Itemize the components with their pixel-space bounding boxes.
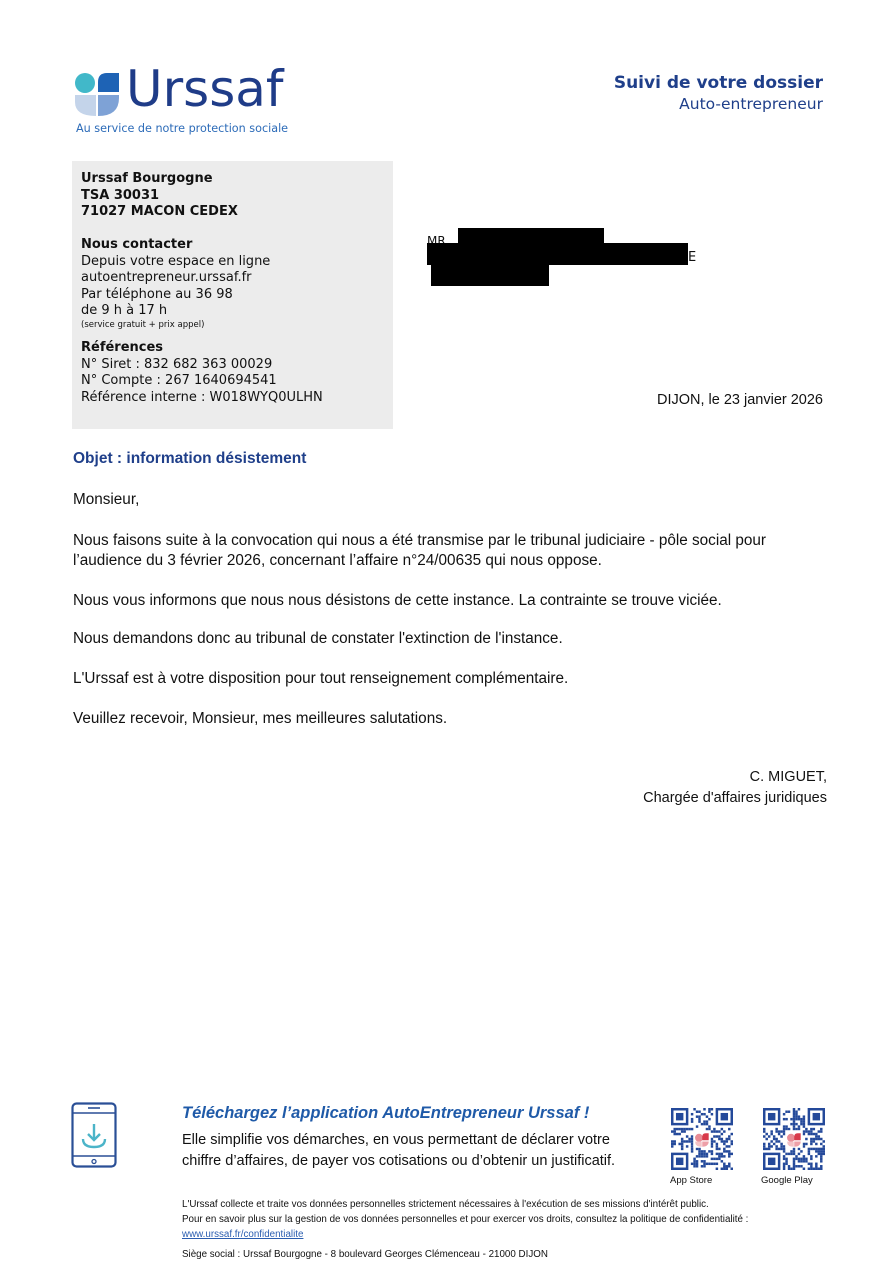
- letter-date: DIJON, le 23 janvier 2026: [657, 392, 823, 408]
- letter-paragraph: Veuillez recevoir, Monsieur, mes meilleu…: [73, 709, 447, 729]
- app-promo-desc-line1: Elle simplifie vos démarches, en vous pe…: [182, 1132, 610, 1148]
- qr-code-icon: [671, 1108, 733, 1170]
- phone-download-icon: [71, 1102, 117, 1168]
- letter-subject: Objet : information désistement: [73, 450, 306, 468]
- signature-title: Chargée d'affaires juridiques: [643, 790, 827, 806]
- signature-name: C. MIGUET,: [750, 769, 827, 785]
- recipient-address: MR E: [427, 228, 717, 292]
- privacy-policy-link[interactable]: www.urssaf.fr/confidentialite: [182, 1229, 303, 1240]
- app-promo-title: Téléchargez l’application AutoEntreprene…: [182, 1104, 589, 1123]
- letter-paragraph: L'Urssaf est à votre disposition pour to…: [73, 669, 568, 689]
- urssaf-logo: Urssaf Au service de notre protection so…: [74, 70, 314, 140]
- letter-paragraph: Nous demandons donc au tribunal de const…: [73, 629, 563, 649]
- references-heading: Références: [81, 340, 163, 357]
- app-promo-desc-line2: chiffre d’affaires, de payer vos cotisat…: [182, 1153, 615, 1169]
- urssaf-logo-icon: [74, 72, 120, 116]
- internal-reference: Référence interne : W018WYQ0ULHN: [81, 390, 323, 407]
- sender-address-line1: TSA 30031: [81, 188, 159, 205]
- redaction-bar: [458, 228, 604, 244]
- privacy-link-wrap: www.urssaf.fr/confidentialite: [182, 1229, 303, 1240]
- urssaf-wordmark: Urssaf: [126, 61, 284, 117]
- qr-google-play[interactable]: [763, 1108, 825, 1175]
- letter-greeting: Monsieur,: [73, 490, 139, 510]
- siret-number: N° Siret : 832 682 363 00029: [81, 357, 272, 374]
- qr-label-google-play: Google Play: [761, 1175, 813, 1186]
- contact-note: (service gratuit + prix appel): [81, 320, 204, 330]
- letter-paragraph: Nous faisons suite à la convocation qui …: [73, 531, 766, 571]
- redaction-bar: [431, 265, 549, 286]
- sender-info-box: Urssaf Bourgogne TSA 30031 71027 MACON C…: [72, 161, 393, 429]
- document-subtitle: Auto-entrepreneur: [679, 95, 823, 113]
- account-number: N° Compte : 267 1640694541: [81, 373, 277, 390]
- contact-heading: Nous contacter: [81, 237, 192, 254]
- redaction-bar: [427, 243, 688, 265]
- legal-notice-line2: Pour en savoir plus sur la gestion de vo…: [182, 1214, 748, 1225]
- sender-org-name: Urssaf Bourgogne: [81, 171, 213, 188]
- legal-notice-line1: L'Urssaf collecte et traite vos données …: [182, 1199, 709, 1210]
- contact-hours: de 9 h à 17 h: [81, 303, 167, 320]
- letter-paragraph: Nous vous informons que nous nous désist…: [73, 591, 722, 611]
- sender-address-line2: 71027 MACON CEDEX: [81, 204, 238, 221]
- qr-label-app-store: App Store: [670, 1175, 712, 1186]
- logo-tagline: Au service de notre protection sociale: [76, 122, 288, 135]
- head-office-address: Siège social : Urssaf Bourgogne - 8 boul…: [182, 1249, 548, 1260]
- contact-phone: Par téléphone au 36 98: [81, 287, 233, 304]
- contact-online: Depuis votre espace en ligne: [81, 254, 270, 271]
- document-title: Suivi de votre dossier: [614, 73, 823, 93]
- recipient-line2-suffix: E: [688, 250, 696, 265]
- qr-code-icon: [763, 1108, 825, 1170]
- qr-app-store[interactable]: [671, 1108, 733, 1175]
- contact-website[interactable]: autoentrepreneur.urssaf.fr: [81, 270, 252, 287]
